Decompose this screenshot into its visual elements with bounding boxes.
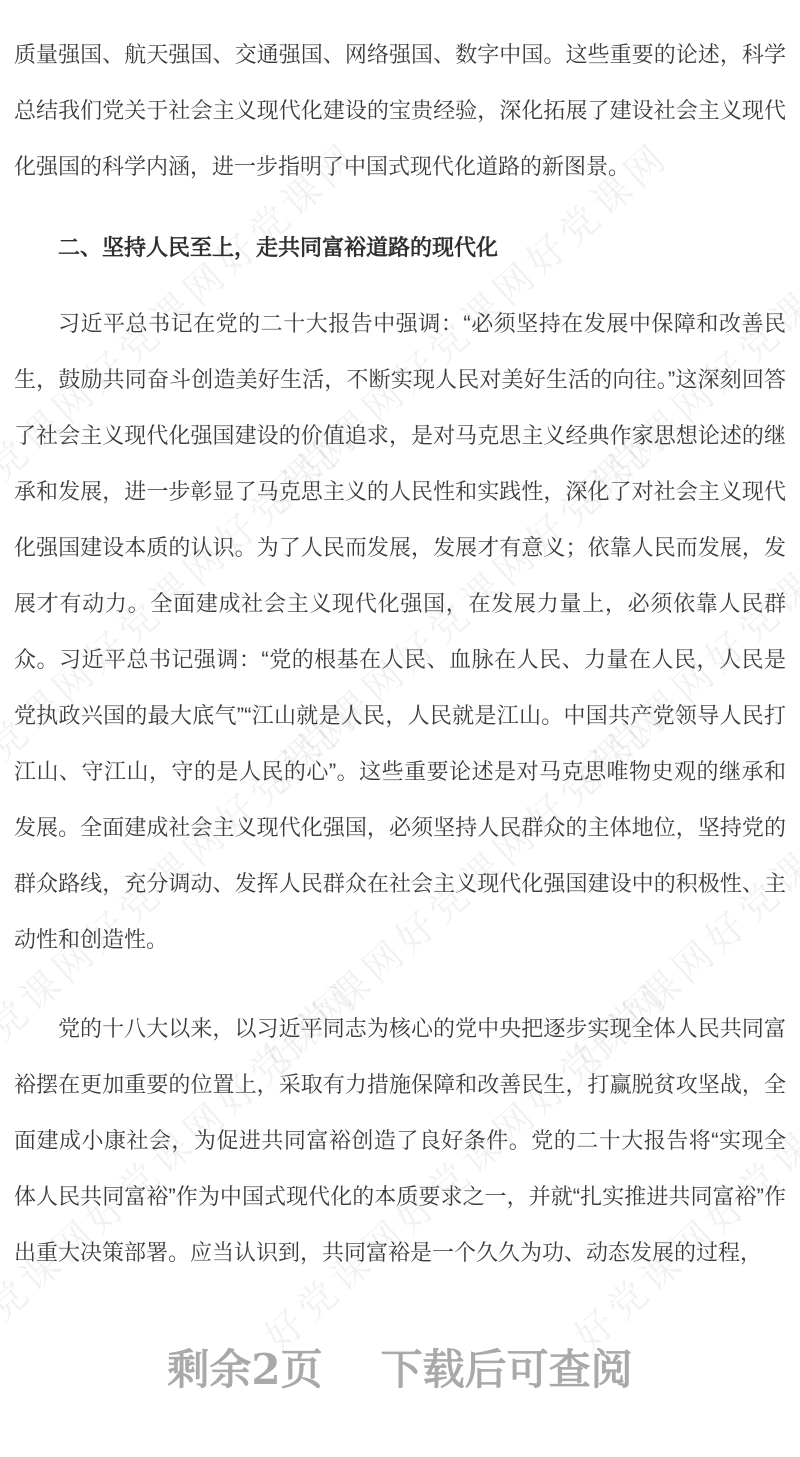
remaining-pages-label: 剩余2页: [167, 1345, 322, 1394]
document-content: 质量强国、航天强国、交通强国、网络强国、数字中国。这些重要的论述，科学总结我们党…: [0, 0, 800, 1401]
download-hint-label: 下载后可查阅: [381, 1345, 633, 1394]
paragraph-continuation: 质量强国、航天强国、交通强国、网络强国、数字中国。这些重要的论述，科学总结我们党…: [14, 27, 786, 195]
section-heading: 二、坚持人民至上，走共同富裕道路的现代化: [14, 220, 786, 276]
preview-footer: 剩余2页下载后可查阅: [14, 1339, 786, 1401]
paragraph-common-prosperity: 党的十八大以来，以习近平同志为核心的党中央把逐步实现全体人民共同富裕摆在更加重要…: [14, 1001, 786, 1281]
document-page: 好党课网好党课网好党课网 好党课网好党课网好党课网 好党课网好党课网好党课网 好…: [0, 0, 800, 1457]
paragraph-people-first: 习近平总书记在党的二十大报告中强调：“必须坚持在发展中保障和改善民生，鼓励共同奋…: [14, 296, 786, 968]
